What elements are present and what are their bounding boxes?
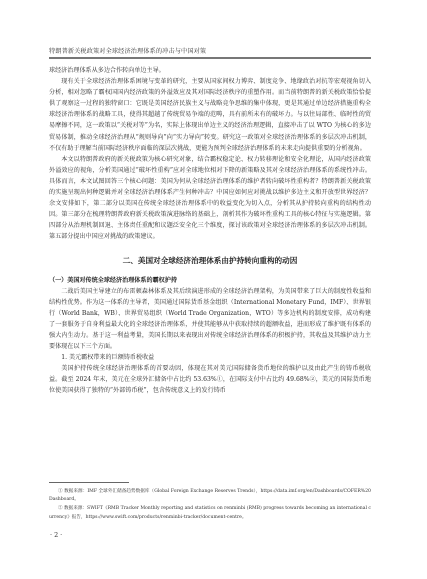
paragraph-outline: 本文以特朗普政府的新关税政策为核心研究对象，结合霸权稳定论、权力转移理论和安全化…: [49, 154, 371, 243]
paragraph-bretton-woods: 二战后美国主导建立的布雷顿森林体系及其后续演进形成的全球经济治理架构，为美国带来…: [49, 286, 371, 353]
paragraph-literature: 现有关于全球经济治理体系困境与变革的研究，主要从国家间权力博弈、制度竞争、地缘政…: [49, 76, 371, 154]
paper-page: 特朗普新关税政策对全球经济治理体系的冲击与中国对策 球经济治理体系从多边合作转向…: [0, 0, 427, 579]
paragraph-seigniorage: 美国护持传统全球经济治理体系的首要动因，体现在其对美元国际储备货币地位的维护以及…: [49, 363, 371, 396]
footnote-2: ② 数据来源：SWIFT《RMB Tracker Monthly reporti…: [49, 505, 371, 521]
body-text: 球经济治理体系从多边合作转向单边主导。 现有关于全球经济治理体系困境与变革的研究…: [49, 65, 371, 397]
subsection-heading: （一）美国对传统全球经济治理体系的霸权护持: [49, 275, 371, 286]
section-heading: 二、美国对全球经济治理体系由护持转向重构的动因: [49, 255, 371, 266]
header-rule: [49, 57, 371, 59]
paragraph-continuation: 球经济治理体系从多边合作转向单边主导。: [49, 65, 371, 76]
footnotes: ① 数据来源：IMF 全球外汇储备趋势数据库（Global Foreign Ex…: [49, 488, 371, 523]
footnote-1: ① 数据来源：IMF 全球外汇储备趋势数据库（Global Foreign Ex…: [49, 488, 371, 504]
item-heading: 1. 美元霸权带来的巨额铸币税收益: [49, 352, 371, 363]
footnote-rule: [49, 482, 129, 483]
running-title: 特朗普新关税政策对全球经济治理体系的冲击与中国对策: [49, 46, 371, 55]
page-number: · 2 ·: [50, 531, 62, 539]
